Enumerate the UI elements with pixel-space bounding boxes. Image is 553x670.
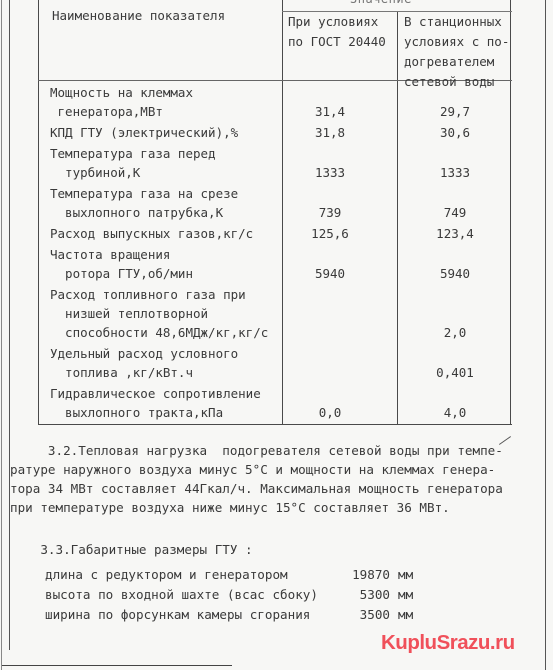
dimension-label: длина с редуктором и генератором bbox=[45, 565, 288, 584]
dimension-value: 19870 bbox=[330, 565, 390, 584]
dimension-unit: мм bbox=[398, 605, 413, 624]
table-row-name: Температура газа перед турбиной,К bbox=[50, 144, 216, 182]
table-cell-station-value: 123,4 bbox=[405, 224, 505, 243]
dimension-unit: мм bbox=[398, 585, 413, 604]
table-cell-gost-value: 0,0 bbox=[290, 403, 370, 422]
watermark: KupluSrazu.ru bbox=[381, 631, 515, 655]
table-column-divider-1 bbox=[282, 0, 283, 425]
section-3-2-paragraph: 3.2.Тепловая нагрузка подогревателя сете… bbox=[10, 441, 503, 517]
table-row-name: Удельный расход условного топлива ,кг/кВ… bbox=[50, 344, 238, 382]
table-border-right bbox=[510, 0, 511, 425]
table-row-name: Расход выпускных газов,кг/с bbox=[50, 224, 253, 243]
table-cell-gost-value: 1333 bbox=[290, 163, 370, 182]
table-cell-station-value: 1333 bbox=[405, 163, 505, 182]
dimension-value: 5300 bbox=[330, 585, 390, 604]
dimension-unit: мм bbox=[398, 565, 413, 584]
table-cell-gost-value: 739 bbox=[290, 203, 370, 222]
page-edge-left bbox=[1, 0, 2, 670]
header-station-conditions: В станционных условиях с по- догревателе… bbox=[404, 12, 509, 92]
table-row-name: КПД ГТУ (электрический),% bbox=[50, 123, 238, 142]
table-column-divider-2 bbox=[397, 12, 398, 425]
table-cell-station-value: 30,6 bbox=[405, 123, 505, 142]
page-frame-bottom bbox=[2, 665, 232, 666]
table-group-header-cut: Значение bbox=[350, 0, 412, 6]
section-3-3-title: 3.3.Габаритные размеры ГТУ : bbox=[10, 540, 253, 559]
table-row-name: Расход топливного газа при низшей теплот… bbox=[50, 285, 268, 342]
table-border-left bbox=[38, 0, 39, 425]
table-cell-station-value: 2,0 bbox=[405, 323, 505, 342]
header-gost-conditions: При условиях по ГОСТ 20440 bbox=[288, 12, 386, 52]
table-cell-gost-value: 5940 bbox=[290, 264, 370, 283]
table-cell-station-value: 5940 bbox=[405, 264, 505, 283]
table-row-name: Частота вращения ротора ГТУ,об/мин bbox=[50, 245, 193, 283]
page-frame-right bbox=[545, 0, 546, 670]
table-row-name: Температура газа на срезе выхлопного пат… bbox=[50, 184, 238, 222]
table-border-bottom bbox=[38, 424, 512, 425]
table-cell-station-value: 749 bbox=[405, 203, 505, 222]
table-cell-station-value: 29,7 bbox=[405, 102, 505, 121]
dimension-value: 3500 bbox=[330, 605, 390, 624]
table-cell-gost-value: 31,8 bbox=[290, 123, 370, 142]
table-row-name: Гидравлическое сопротивление выхлопного … bbox=[50, 384, 261, 422]
table-row-name: Мощность на клеммах генератора,МВт bbox=[50, 83, 193, 121]
table-cell-gost-value: 125,6 bbox=[290, 224, 370, 243]
table-cell-gost-value: 31,4 bbox=[290, 102, 370, 121]
table-cell-station-value: 0,401 bbox=[405, 363, 505, 382]
dimension-label: высота по входной шахте (всас сбоку) bbox=[45, 585, 318, 604]
dimension-label: ширина по форсункам камеры сгорания bbox=[45, 605, 310, 624]
header-indicator-name: Наименование показателя bbox=[52, 6, 225, 25]
table-cell-station-value: 4,0 bbox=[405, 403, 505, 422]
